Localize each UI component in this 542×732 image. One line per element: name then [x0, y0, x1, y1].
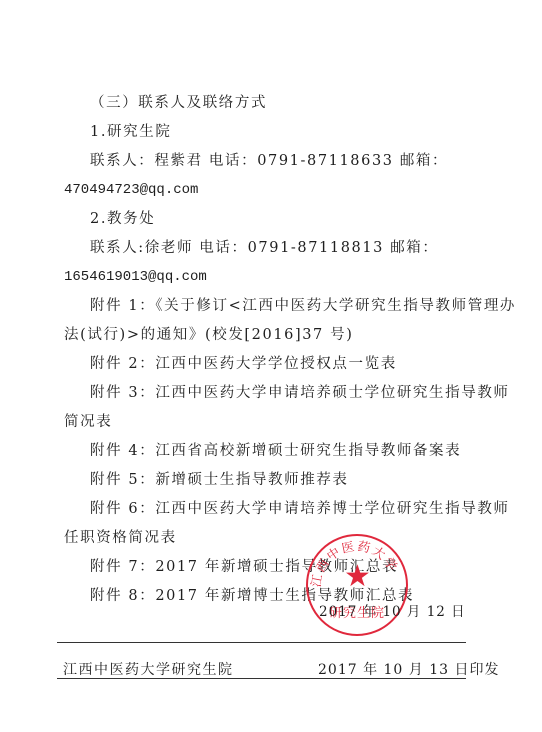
attachment-6-line2: 任职资格简况表 — [64, 529, 177, 547]
attachment-6-line1: 附件 6：江西中医药大学申请培养博士学位研究生指导教师 — [90, 500, 510, 518]
attachment-1-line1: 附件 1：《关于修订<江西中医药大学研究生指导教师管理办 — [90, 297, 516, 315]
contact-1-title: 1.研究生院 — [90, 123, 171, 141]
attachment-5: 附件 5：新增硕士生指导教师推荐表 — [90, 471, 349, 489]
attachment-3-line2: 简况表 — [64, 413, 112, 431]
attachment-2: 附件 2：江西中医药大学学位授权点一览表 — [90, 355, 397, 373]
contact-2-title: 2.教务处 — [90, 210, 155, 228]
official-seal: 江西中医药大学 ★ 研究生院 — [306, 534, 408, 636]
signature-date: 2017 年 10 月 12 日 — [319, 600, 466, 620]
contact-2-line: 联系人:徐老师 电话：0791-87118813 邮箱： — [90, 239, 439, 257]
attachment-3-line1: 附件 3：江西中医药大学申请培养硕士学位研究生指导教师 — [90, 384, 510, 402]
footer-issue-date: 2017 年 10 月 13 日印发 — [318, 659, 500, 679]
footer-top-rule — [57, 642, 466, 643]
contact-2-email: 1654619013@qq.com — [64, 268, 207, 286]
footer-bottom-rule — [57, 678, 466, 679]
attachment-1-line2: 法(试行)>的通知》(校发[2016]37 号) — [64, 326, 353, 344]
attachment-4: 附件 4：江西省高校新增硕士研究生指导教师备案表 — [90, 442, 461, 460]
contact-1-line: 联系人：程紫君 电话：0791-87118633 邮箱： — [90, 152, 448, 170]
footer-issuer: 江西中医药大学研究生院 — [63, 659, 234, 679]
section-heading: （三）联系人及联络方式 — [90, 94, 267, 112]
star-icon: ★ — [344, 562, 371, 592]
contact-1-email: 470494723@qq.com — [64, 181, 198, 199]
